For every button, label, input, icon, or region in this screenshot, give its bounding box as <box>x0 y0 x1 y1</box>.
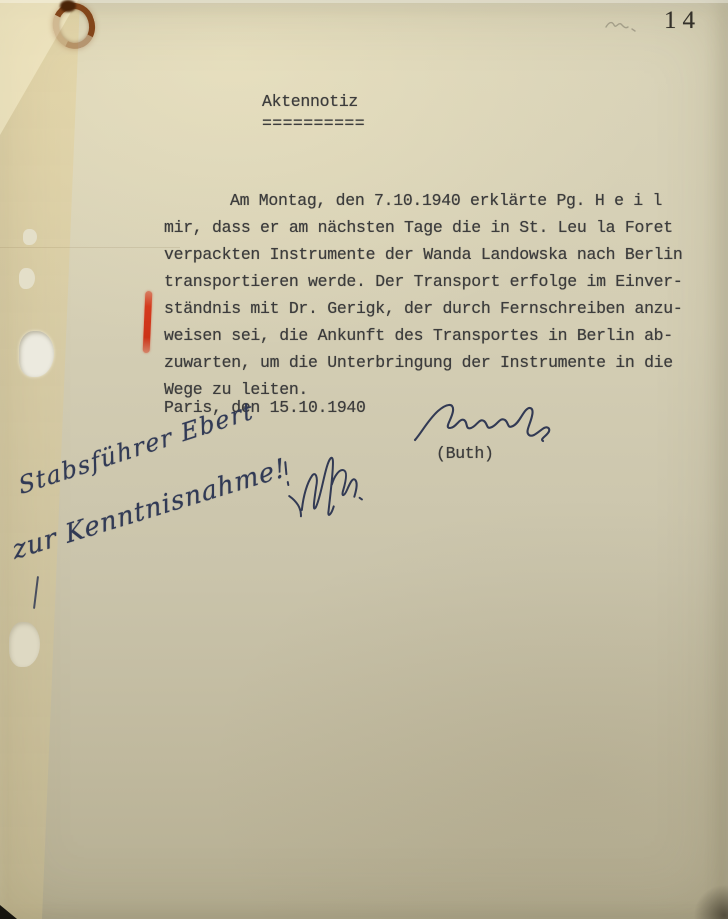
scan-corner-shadow <box>694 884 728 919</box>
memo-title: Aktennotiz <box>262 92 358 111</box>
typed-signature-name: (Buth) <box>436 444 494 463</box>
scanned-memo-page: 14 Aktennotiz ========== Am Montag, den … <box>0 0 728 919</box>
body-line: weisen sei, die Ankunft des Transportes … <box>164 322 683 349</box>
body-line: Am Montag, den 7.10.1940 erklärte Pg. H … <box>164 187 683 214</box>
memo-title-underline: ========== <box>262 114 365 133</box>
folio-page-number: 14 <box>664 7 701 35</box>
paper-slip-edge <box>0 247 180 248</box>
rust-stain-blob <box>60 0 76 12</box>
red-margin-emphasis-mark <box>143 291 153 353</box>
body-line: zuwarten, um die Unterbringung der Instr… <box>164 349 683 376</box>
handwritten-paraph-initials <box>278 440 369 532</box>
memo-body: Am Montag, den 7.10.1940 erklärte Pg. H … <box>164 187 683 403</box>
body-line: verpackten Instrumente der Wanda Landows… <box>164 241 683 268</box>
body-line: ständnis mit Dr. Gerigk, der durch Ferns… <box>164 295 683 322</box>
body-line: transportieren werde. Der Transport erfo… <box>164 268 683 295</box>
body-line: mir, dass er am nächsten Tage die in St.… <box>164 214 683 241</box>
scan-top-edge <box>0 0 728 3</box>
faint-pencil-scribble <box>604 17 640 35</box>
